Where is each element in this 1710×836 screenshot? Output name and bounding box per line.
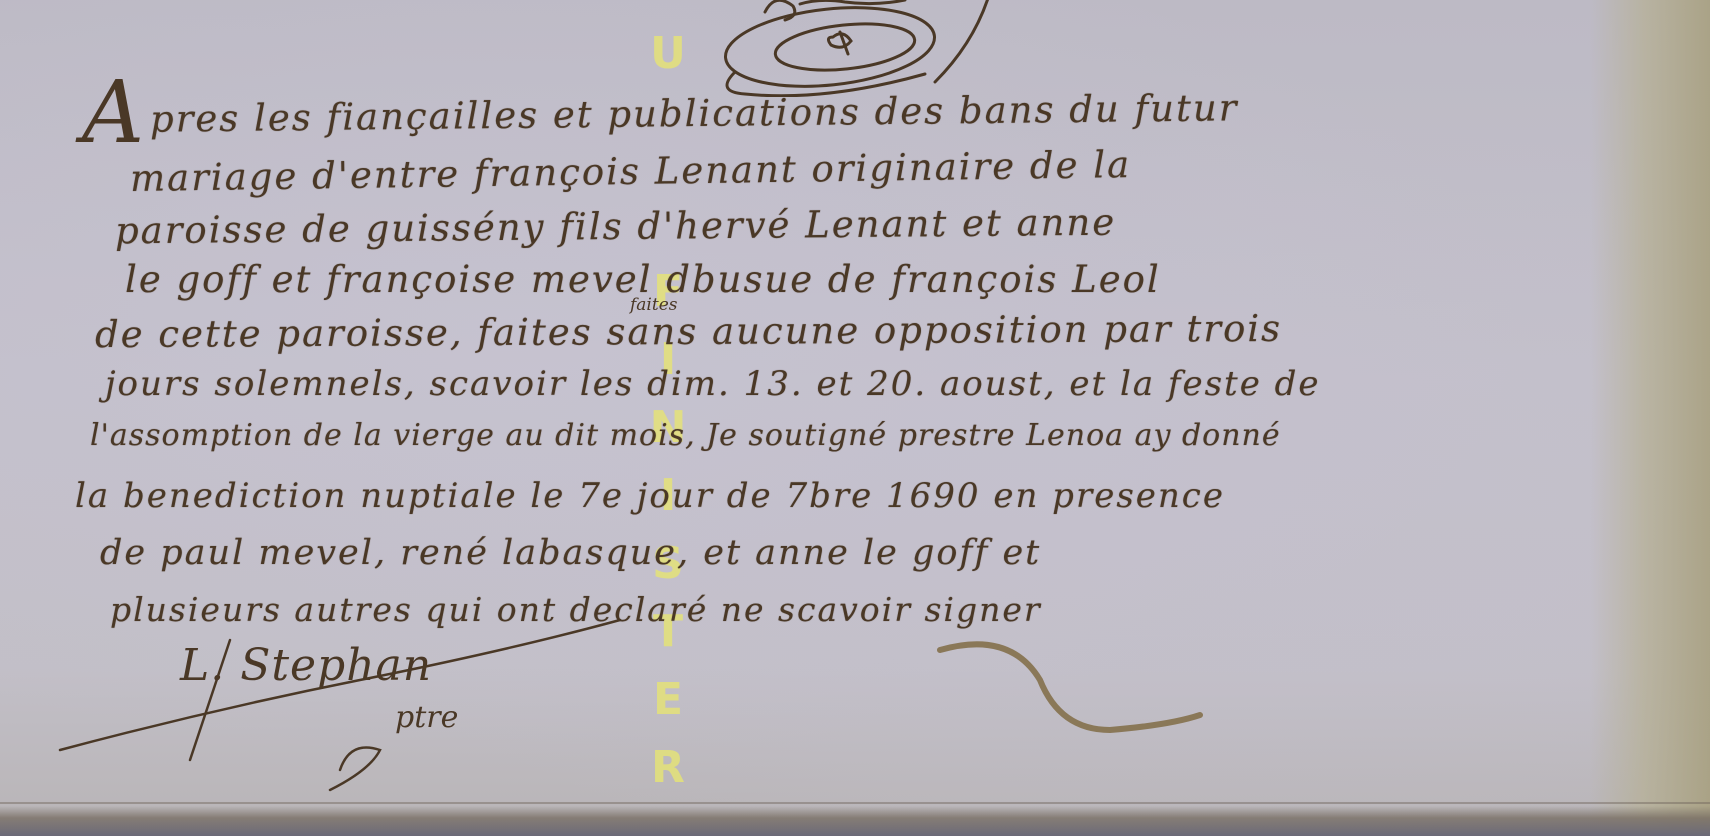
- ink-flourish-icon: [0, 0, 1710, 836]
- document-scan: U F I N I S T E R A pres les fiançailles…: [0, 0, 1710, 836]
- register-entry-text: A pres les fiançailles et publications d…: [0, 0, 1710, 836]
